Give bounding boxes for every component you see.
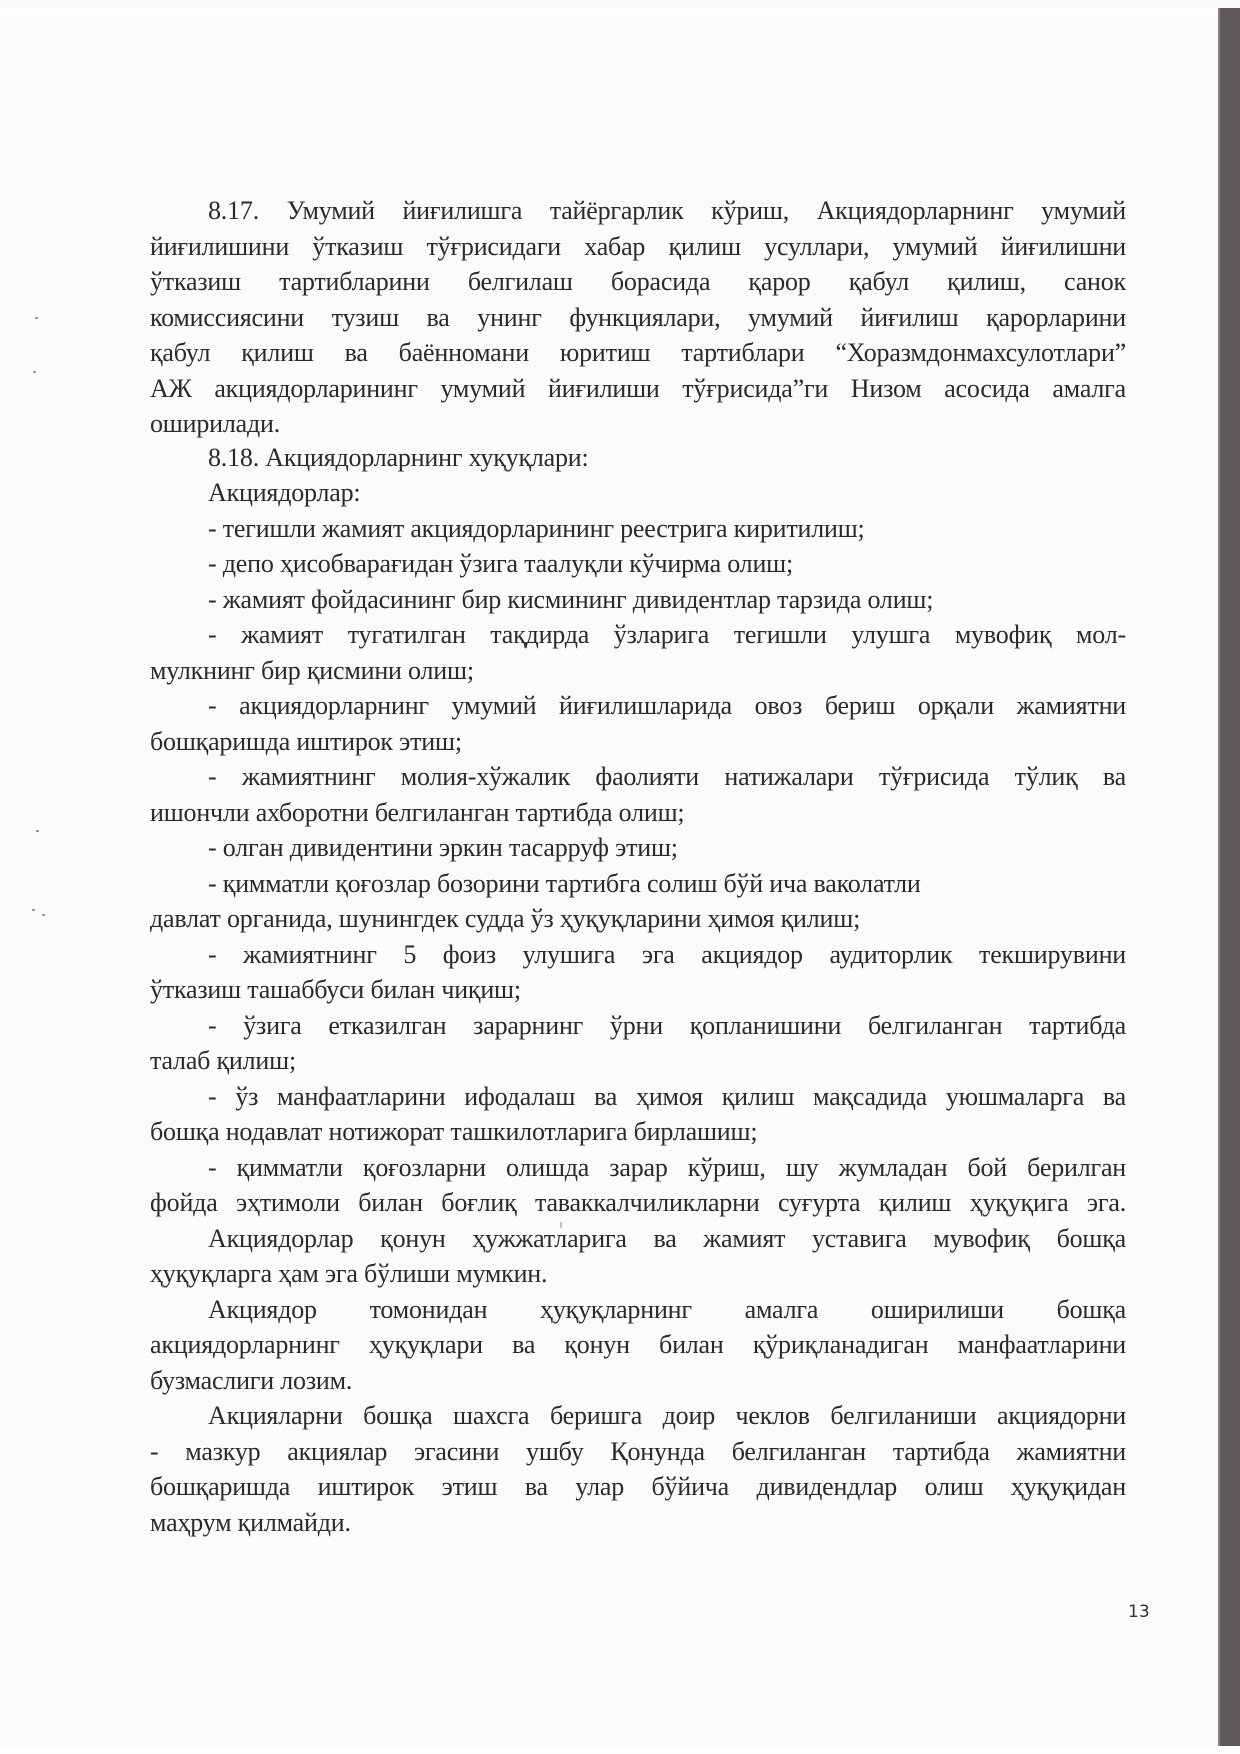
document-line: ишончли ахборотни белгиланган тартибда о… [150, 795, 1126, 831]
document-line: - акциядорларнинг умумий йиғилишларида о… [150, 688, 1126, 724]
document-line: - ўз манфаатларини ифодалаш ва ҳимоя қил… [150, 1079, 1126, 1115]
scan-artifact [560, 1222, 562, 1228]
scan-artifact [36, 830, 39, 832]
document-line: 8.18. Акциядорларнинг хуқуқлари: [150, 440, 1126, 476]
document-line: - олган дивидентини эркин тасарруф этиш; [150, 830, 1126, 866]
document-line: давлат органида, шунингдек судда ўз ҳуқу… [150, 901, 1126, 937]
document-line: маҳрум қилмайди. [150, 1505, 1126, 1541]
scan-top-border [0, 8, 1218, 16]
document-line: фойда эҳтимоли билан боғлиқ таваккалчили… [150, 1185, 1126, 1221]
document-line: ҳуқуқларга ҳам эга бўлиши мумкин. [150, 1256, 1126, 1292]
document-line: - депо ҳисобварағидан ўзига таалуқли кўч… [150, 546, 1126, 582]
document-line: талаб қилиш; [150, 1043, 1126, 1079]
document-line: - жамиятнинг молия-хўжалик фаолияти нати… [150, 759, 1126, 795]
document-line: 8.17. Умумий йиғилишга тайёргарлик кўриш… [150, 193, 1126, 229]
document-line: акциядорларнинг ҳуқуқлари ва қонун билан… [150, 1327, 1126, 1363]
document-line: бошқаришда иштирок этиш; [150, 724, 1126, 760]
scan-artifact [42, 914, 45, 916]
scan-edge-shadow [1218, 8, 1240, 1746]
document-line: ўтказиш ташаббуси билан чиқиш; [150, 972, 1126, 1008]
document-line: йиғилишини ўтказиш тўғрисидаги хабар қил… [150, 229, 1126, 265]
document-line: мулкнинг бир қисмини олиш; [150, 653, 1126, 689]
scan-artifact [32, 909, 35, 911]
document-line: АЖ акциядорларининг умумий йиғилиши тўғр… [150, 371, 1126, 407]
document-line: - қимматли қоғозлар бозорини тартибга со… [150, 866, 1126, 902]
scan-bottom-border [0, 1746, 1240, 1754]
document-line: бузмаслиги лозим. [150, 1363, 1126, 1399]
document-line: - жамият тугатилган тақдирда ўзларига те… [150, 617, 1126, 653]
document-line: - ўзига етказилган зарарнинг ўрни қоплан… [150, 1008, 1126, 1044]
page-number: 13 [1128, 1602, 1150, 1622]
document-line: оширилади. [150, 406, 1126, 442]
document-line: ўтказиш тартибларини белгилаш борасида қ… [150, 264, 1126, 300]
document-line: бошқаришда иштирок этиш ва улар бўйича д… [150, 1469, 1126, 1505]
document-line: - қимматли қоғозларни олишда зарар кўриш… [150, 1150, 1126, 1186]
document-line: - мазкур акциялар эгасини ушбу Қонунда б… [150, 1434, 1126, 1470]
document-line: - тегишли жамият акциядорларининг реестр… [150, 511, 1126, 547]
document-body: 8.17. Умумий йиғилишга тайёргарлик кўриш… [150, 193, 1126, 1540]
scan-artifact [35, 317, 38, 319]
document-line: Акциядор томонидан ҳуқуқларнинг амалга о… [150, 1292, 1126, 1328]
document-line: қабул қилиш ва баённомани юритиш тартибл… [150, 335, 1126, 371]
document-line: комиссиясини тузиш ва унинг функциялари,… [150, 300, 1126, 336]
document-page: 8.17. Умумий йиғилишга тайёргарлик кўриш… [0, 8, 1218, 1746]
document-line: - жамият фойдасининг бир кисмининг дивид… [150, 582, 1126, 618]
document-line: Акциядорлар қонун ҳужжатларига ва жамият… [150, 1221, 1126, 1257]
document-line: - жамиятнинг 5 фоиз улушига эга акциядор… [150, 937, 1126, 973]
document-line: бошқа нодавлат нотижорат ташкилотларига … [150, 1114, 1126, 1150]
document-line: Акцияларни бошқа шахсга беришга доир чек… [150, 1398, 1126, 1434]
document-line: Акциядорлар: [150, 475, 1126, 511]
scan-artifact [33, 371, 36, 373]
